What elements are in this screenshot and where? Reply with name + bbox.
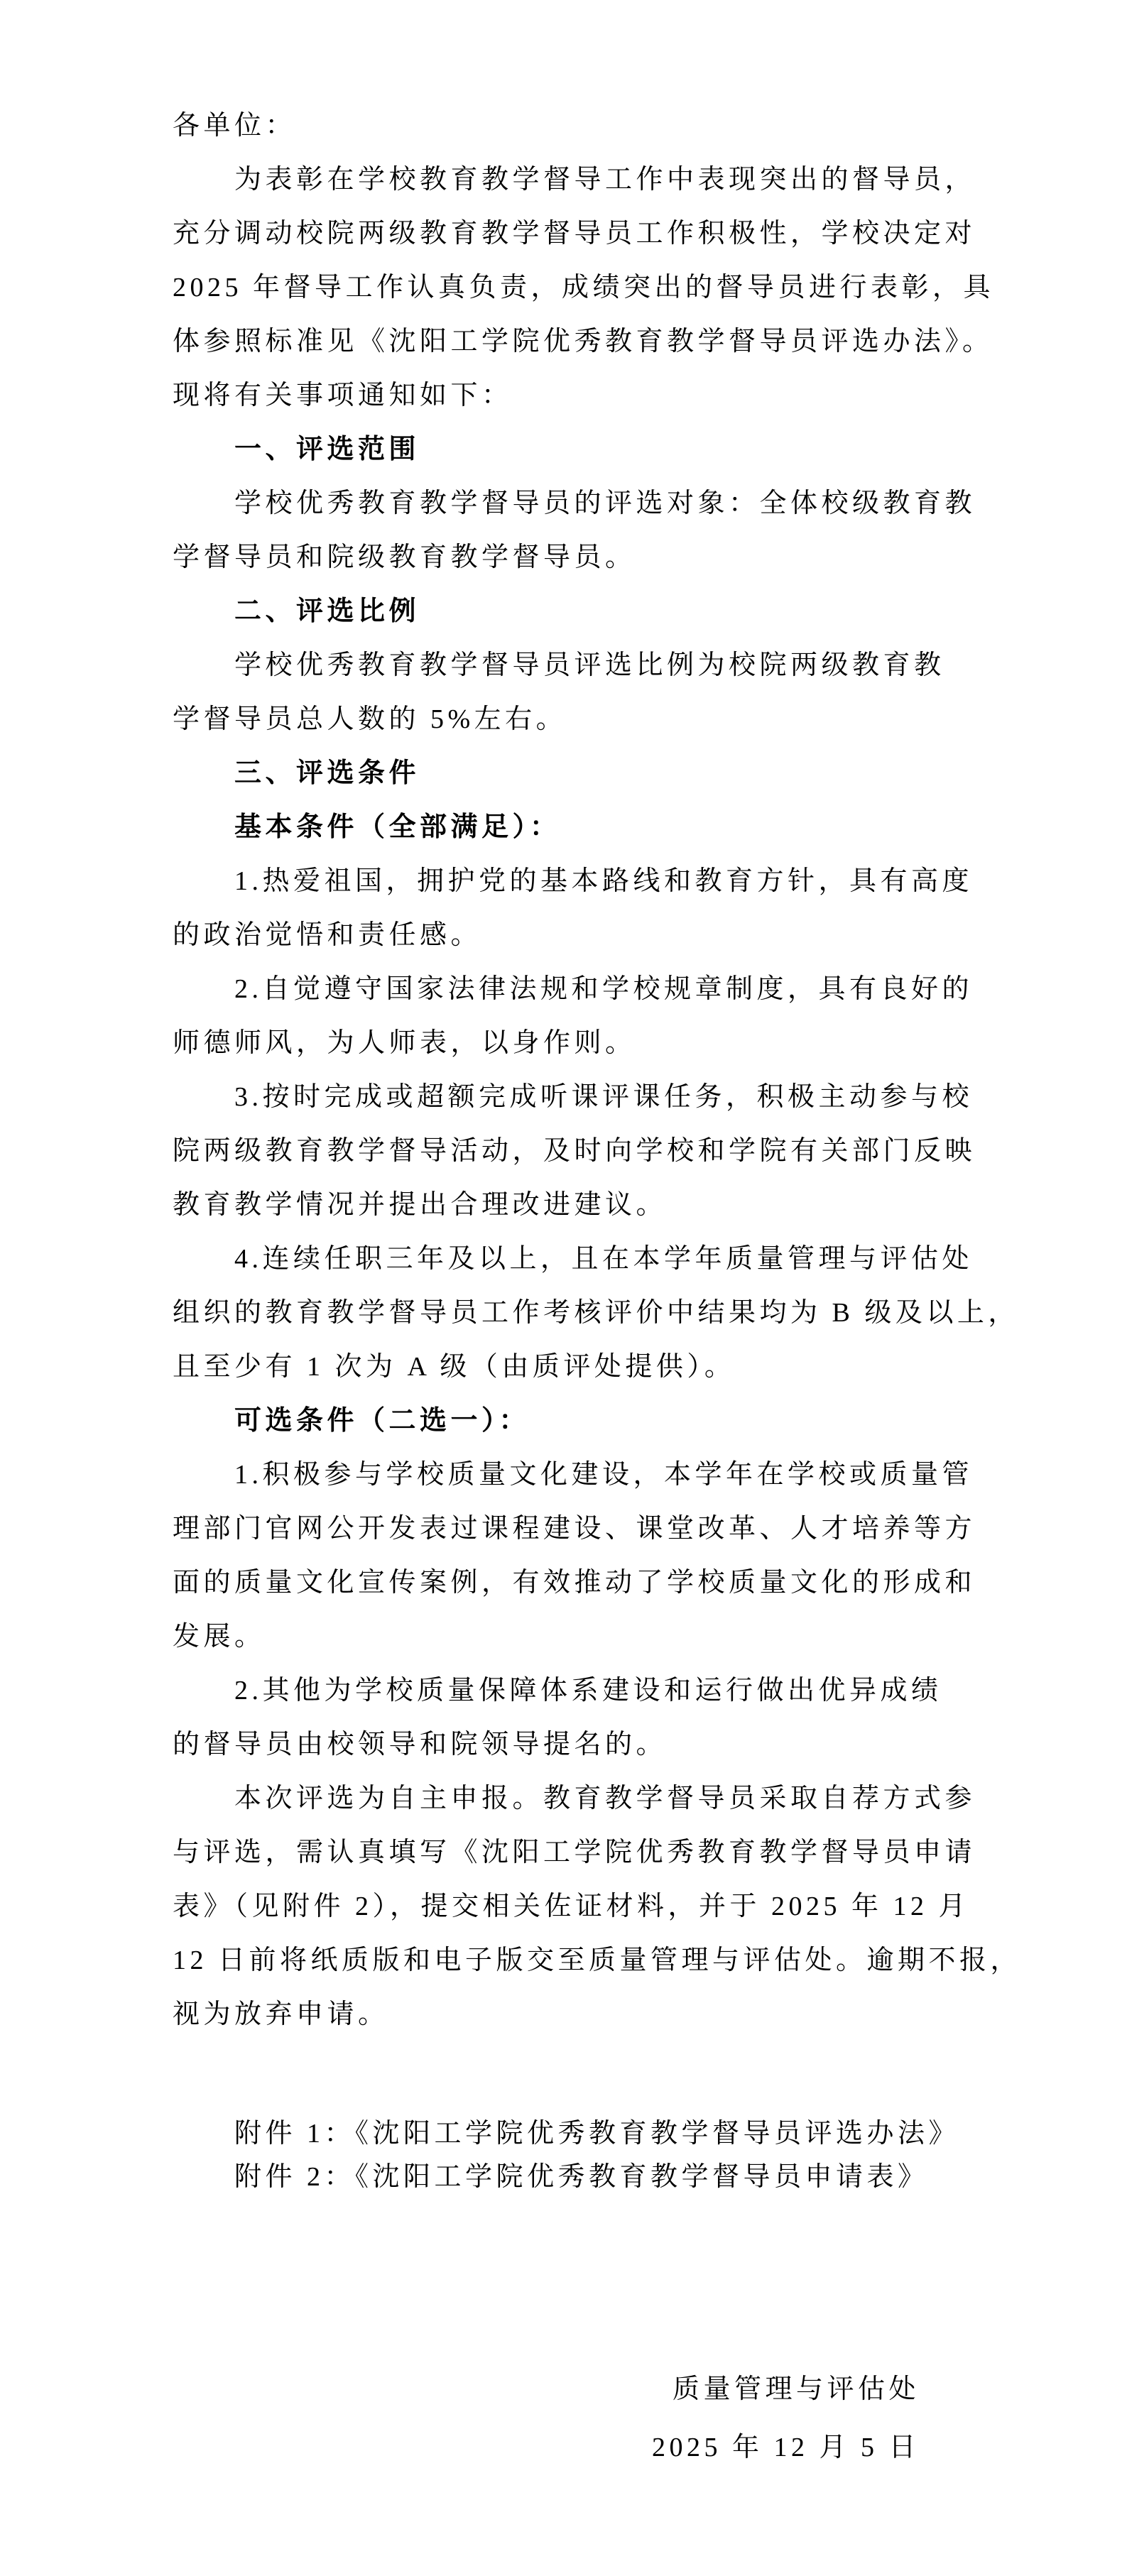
- condition-line: 3.按时完成或超额完成听课评课任务，积极主动参与校: [173, 1070, 955, 1124]
- attachment-item-2: 附件 2：《沈阳工学院优秀教育教学督导员申请表》: [173, 2156, 955, 2199]
- condition-line: 组织的教育教学督导员工作考核评价中结果均为 B 级及以上，: [173, 1286, 955, 1340]
- para-scope-line: 学督导员和院级教育教学督导员。: [173, 530, 955, 584]
- para-intro-line: 充分调动校院两级教育教学督导员工作积极性，学校决定对: [173, 207, 955, 261]
- optional-condition-line: 2.其他为学校质量保障体系建设和运行做出优异成绩: [173, 1664, 955, 1718]
- subheading-basic-conditions: 基本条件（全部满足）：: [173, 800, 955, 854]
- condition-line: 2.自觉遵守国家法律法规和学校规章制度，具有良好的: [173, 962, 955, 1016]
- optional-condition-line: 的督导员由校领导和院领导提名的。: [173, 1718, 955, 1772]
- section-heading-scope: 一、评选范围: [173, 422, 955, 476]
- optional-condition-line: 发展。: [173, 1610, 955, 1664]
- para-ratio-line: 学督导员总人数的 5%左右。: [173, 692, 955, 746]
- document-body: 各单位： 为表彰在学校教育教学督导工作中表现突出的督导员， 充分调动校院两级教育…: [0, 0, 1127, 2477]
- para-intro-line: 为表彰在学校教育教学督导工作中表现突出的督导员，: [173, 153, 955, 207]
- para-scope-line: 学校优秀教育教学督导员的评选对象：全体校级教育教: [173, 476, 955, 530]
- signature-department: 质量管理与评估处: [173, 2360, 955, 2418]
- condition-line: 的政治觉悟和责任感。: [173, 908, 955, 962]
- section-heading-conditions: 三、评选条件: [173, 746, 955, 800]
- para-intro-line: 体参照标准见《沈阳工学院优秀教育教学督导员评选办法》。: [173, 315, 955, 369]
- condition-line: 1.热爱祖国，拥护党的基本路线和教育方针，具有高度: [173, 854, 955, 908]
- para-application-line: 本次评选为自主申报。教育教学督导员采取自荐方式参: [173, 1772, 955, 1825]
- condition-line: 师德师风，为人师表，以身作则。: [173, 1016, 955, 1070]
- para-application-line: 12 日前将纸质版和电子版交至质量管理与评估处。逾期不报，: [173, 1933, 955, 1987]
- para-intro-line: 现将有关事项通知如下：: [173, 369, 955, 422]
- signature-date: 2025 年 12 月 5 日: [173, 2418, 955, 2477]
- para-intro-line: 2025 年督导工作认真负责，成绩突出的督导员进行表彰，具: [173, 261, 955, 315]
- attachment-item-1: 附件 1：《沈阳工学院优秀教育教学督导员评选办法》: [173, 2112, 955, 2156]
- para-application-line: 与评选，需认真填写《沈阳工学院优秀教育教学督导员申请: [173, 1825, 955, 1879]
- para-application-line: 表》（见附件 2），提交相关佐证材料，并于 2025 年 12 月: [173, 1879, 955, 1933]
- signature-block: 质量管理与评估处 2025 年 12 月 5 日: [173, 2360, 955, 2477]
- section-heading-ratio: 二、评选比例: [173, 584, 955, 638]
- optional-condition-line: 理部门官网公开发表过课程建设、课堂改革、人才培养等方: [173, 1502, 955, 1556]
- salutation: 各单位：: [173, 99, 955, 153]
- condition-line: 教育教学情况并提出合理改进建议。: [173, 1178, 955, 1232]
- para-application-line: 视为放弃申请。: [173, 1987, 955, 2041]
- document-page: 各单位： 为表彰在学校教育教学督导工作中表现突出的督导员， 充分调动校院两级教育…: [0, 0, 1127, 2576]
- condition-line: 且至少有 1 次为 A 级（由质评处提供）。: [173, 1340, 955, 1394]
- attachments-list: 附件 1：《沈阳工学院优秀教育教学督导员评选办法》 附件 2：《沈阳工学院优秀教…: [173, 2112, 955, 2199]
- optional-condition-line: 面的质量文化宣传案例，有效推动了学校质量文化的形成和: [173, 1556, 955, 1610]
- optional-condition-line: 1.积极参与学校质量文化建设，本学年在学校或质量管: [173, 1448, 955, 1502]
- condition-line: 4.连续任职三年及以上，且在本学年质量管理与评估处: [173, 1232, 955, 1286]
- subheading-optional-conditions: 可选条件（二选一）：: [173, 1394, 955, 1448]
- condition-line: 院两级教育教学督导活动，及时向学校和学院有关部门反映: [173, 1124, 955, 1178]
- para-ratio-line: 学校优秀教育教学督导员评选比例为校院两级教育教: [173, 638, 955, 692]
